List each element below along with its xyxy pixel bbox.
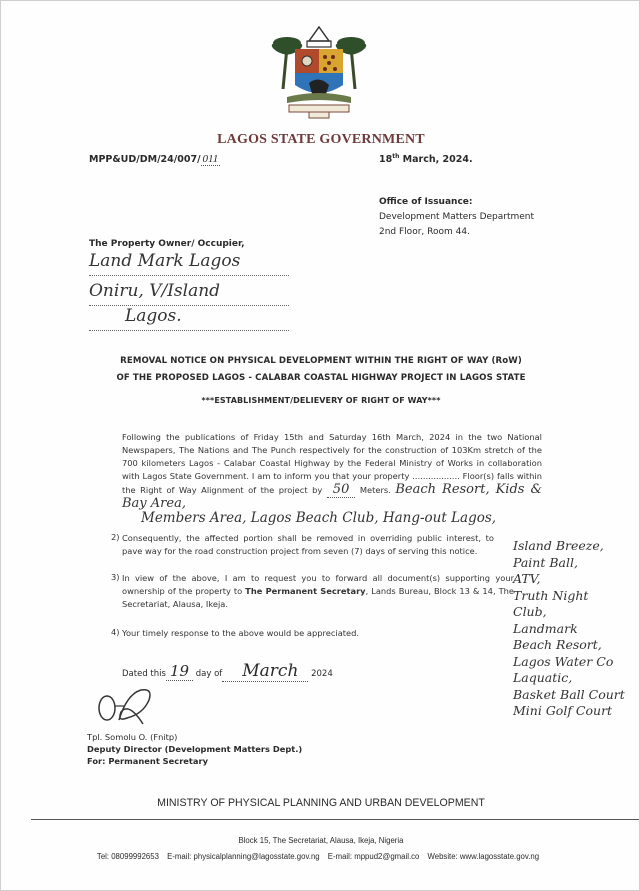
signatory-block: Tpl. Somolu O. (Fnitp) Deputy Director (… (87, 731, 302, 767)
notice-title-line-1: REMOVAL NOTICE ON PHYSICAL DEVELOPMENT W… (1, 356, 640, 366)
notice-subtitle: ***ESTABLISHMENT/DELIEVERY OF RIGHT OF W… (1, 396, 640, 405)
paragraph-3: In view of the above, I am to request yo… (122, 572, 514, 611)
addressee-line-2: Oniru, V/Island (89, 281, 289, 306)
side-note: Island Breeze, (513, 538, 640, 555)
footer-contacts: Tel: 08099992653 E-mail: physicalplannin… (1, 852, 640, 861)
dated-line: Dated this19 day ofMarch 2024 (122, 661, 333, 681)
dated-prefix: Dated this (122, 669, 166, 679)
notice-title-line-2: OF THE PROPOSED LAGOS - CALABAR COASTAL … (1, 373, 640, 383)
office-of-issuance: Office of Issuance: Development Matters … (379, 195, 579, 240)
footer-tel: Tel: 08099992653 (97, 852, 159, 861)
document-page: LAGOS STATE GOVERNMENT MPP&UD/DM/24/007/… (0, 0, 640, 891)
handwritten-side-notes: Island Breeze, Paint Ball, ATV, Truth Ni… (513, 538, 640, 720)
side-note: Landmark (513, 621, 640, 638)
side-note: Paint Ball, (513, 555, 640, 572)
paragraph-4: Your timely response to the above would … (122, 627, 542, 640)
paragraph-3-recipient: The Permanent Secretary (245, 586, 365, 596)
signatory-for: For: Permanent Secretary (87, 755, 302, 767)
side-note: Truth Night (513, 588, 640, 605)
side-note: Mini Golf Court (513, 703, 640, 720)
footer-website: Website: www.lagosstate.gov.ng (428, 852, 540, 861)
coat-of-arms-icon (269, 19, 369, 123)
footer-divider (31, 819, 639, 820)
side-note: ATV, (513, 571, 640, 588)
office-heading: Office of Issuance: (379, 195, 579, 210)
footer-email-1: E-mail: physicalplanning@lagosstate.gov.… (167, 852, 320, 861)
date-day: 18 (379, 154, 392, 165)
dated-month: March (222, 661, 308, 682)
paragraph-2-number: 2) (111, 532, 120, 542)
office-line-1: Development Matters Department (379, 210, 579, 225)
side-note: Laquatic, (513, 670, 640, 687)
reference-number: MPP&UD/DM/24/007/011 (89, 153, 220, 165)
date-rest: March, 2024. (399, 154, 472, 165)
signatory-role: Deputy Director (Development Matters Dep… (87, 743, 302, 755)
paragraph-3-number: 3) (111, 572, 120, 582)
side-note: Basket Ball Court (513, 687, 640, 704)
ministry-name: MINISTRY OF PHYSICAL PLANNING AND URBAN … (1, 797, 640, 809)
paragraph-1: Following the publications of Friday 15t… (122, 431, 542, 511)
meters-label: Meters. (360, 485, 391, 495)
dated-middle: day of (196, 669, 223, 679)
reference-handwritten: 011 (201, 153, 221, 166)
office-line-2: 2nd Floor, Room 44. (379, 225, 579, 240)
dated-day: 19 (166, 662, 193, 681)
footer-email-2: E-mail: mppud2@gmail.co (328, 852, 420, 861)
meters-value: 50 (327, 482, 356, 498)
side-note: Beach Resort, (513, 637, 640, 654)
addressee-label: The Property Owner/ Occupier, (89, 239, 245, 249)
handwritten-facilities-2: Members Area, Lagos Beach Club, Hang-out… (141, 510, 496, 526)
dated-year: 2024 (311, 669, 333, 679)
side-note: Club, (513, 604, 640, 621)
addressee-line-3: Lagos. (89, 306, 289, 331)
letter-date: 18th March, 2024. (379, 153, 473, 165)
paragraph-2: Consequently, the affected portion shall… (122, 532, 494, 558)
signature-icon (97, 684, 159, 728)
side-note: Lagos Water Co (513, 654, 640, 671)
signatory-name: Tpl. Somolu O. (Fnitp) (87, 731, 302, 743)
reference-prefix: MPP&UD/DM/24/007/ (89, 154, 201, 165)
addressee-line-1: Land Mark Lagos (89, 251, 289, 276)
footer-address: Block 15, The Secretariat, Alausa, Ikeja… (1, 836, 640, 845)
government-title: LAGOS STATE GOVERNMENT (1, 132, 640, 148)
paragraph-4-number: 4) (111, 627, 120, 637)
